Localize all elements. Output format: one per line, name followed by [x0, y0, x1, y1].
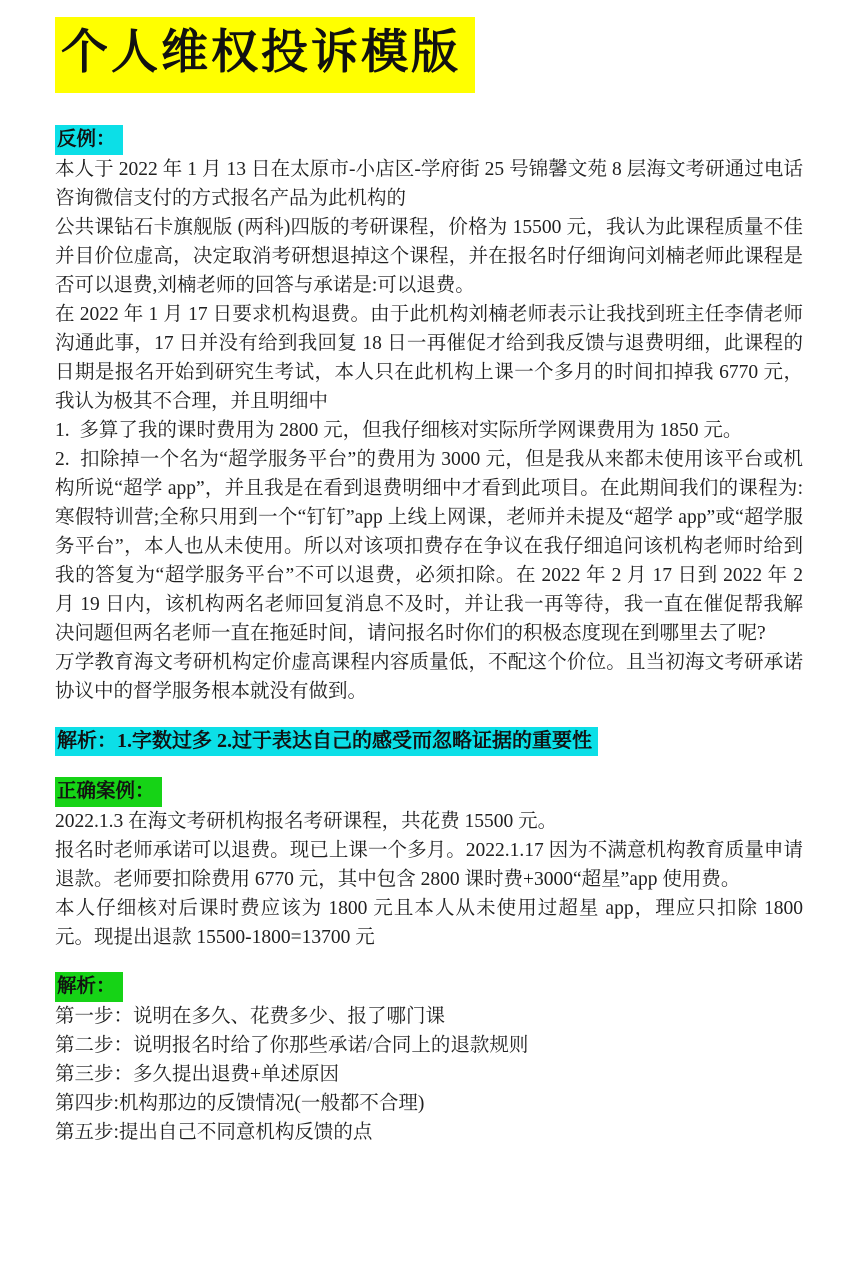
step-5: 第五步:提出自己不同意机构反馈的点	[55, 1118, 803, 1147]
document-page: 个人维权投诉模版 反例： 本人于 2022 年 1 月 13 日在太原市-小店区…	[0, 0, 853, 1280]
negative-analysis-text: 解析：1.字数过多 2.过于表达自己的感受而忽略证据的重要性	[55, 727, 598, 756]
step-1: 第一步：说明在多久、花费多少、报了哪门课	[55, 1002, 803, 1031]
steps-list: 第一步：说明在多久、花费多少、报了哪门课 第二步：说明报名时给了你那些承诺/合同…	[55, 1002, 803, 1147]
deduction-dispute-list: 1. 多算了我的课时费用为 2800 元，但我仔细核对实际所学网课费用为 185…	[55, 416, 803, 648]
step-3: 第三步：多久提出退费+单述原因	[55, 1060, 803, 1089]
positive-paragraph-1: 2022.1.3 在海文考研机构报名考研课程，共花费 15500 元。	[55, 807, 803, 836]
list-item-2: 2. 扣除掉一个名为“超学服务平台”的费用为 3000 元，但是我从来都未使用该…	[55, 445, 803, 648]
negative-paragraph-3: 在 2022 年 1 月 17 日要求机构退费。由于此机构刘楠老师表示让我找到班…	[55, 300, 803, 416]
positive-example-section: 正确案例： 2022.1.3 在海文考研机构报名考研课程，共花费 15500 元…	[55, 777, 803, 952]
list-item-1: 1. 多算了我的课时费用为 2800 元，但我仔细核对实际所学网课费用为 185…	[55, 416, 803, 445]
negative-paragraph-2: 公共课钻石卡旗舰版 (两科)四版的考研课程，价格为 15500 元，我认为此课程…	[55, 213, 803, 300]
steps-analysis-section: 解析： 第一步：说明在多久、花费多少、报了哪门课 第二步：说明报名时给了你那些承…	[55, 972, 803, 1147]
negative-paragraph-1: 本人于 2022 年 1 月 13 日在太原市-小店区-学府街 25 号锦馨文苑…	[55, 155, 803, 213]
negative-closing-paragraph: 万学教育海文考研机构定价虚高课程内容质量低，不配这个价位。且当初海文考研承诺协议…	[55, 648, 803, 706]
positive-paragraph-3: 本人仔细核对后课时费应该为 1800 元且本人从未使用过超星 app，理应只扣除…	[55, 894, 803, 952]
positive-paragraph-2: 报名时老师承诺可以退费。现已上课一个多月。2022.1.17 因为不满意机构教育…	[55, 836, 803, 894]
negative-example-label: 反例：	[55, 125, 123, 155]
page-title: 个人维权投诉模版	[55, 17, 475, 93]
negative-analysis-label: 解析：	[57, 730, 117, 752]
step-2: 第二步：说明报名时给了你那些承诺/合同上的退款规则	[55, 1031, 803, 1060]
steps-analysis-label: 解析：	[55, 972, 123, 1002]
positive-example-label: 正确案例：	[55, 777, 162, 807]
negative-example-section: 反例： 本人于 2022 年 1 月 13 日在太原市-小店区-学府街 25 号…	[55, 125, 803, 706]
step-4: 第四步:机构那边的反馈情况(一般都不合理)	[55, 1089, 803, 1118]
negative-analysis-line: 解析：1.字数过多 2.过于表达自己的感受而忽略证据的重要性	[55, 726, 803, 757]
